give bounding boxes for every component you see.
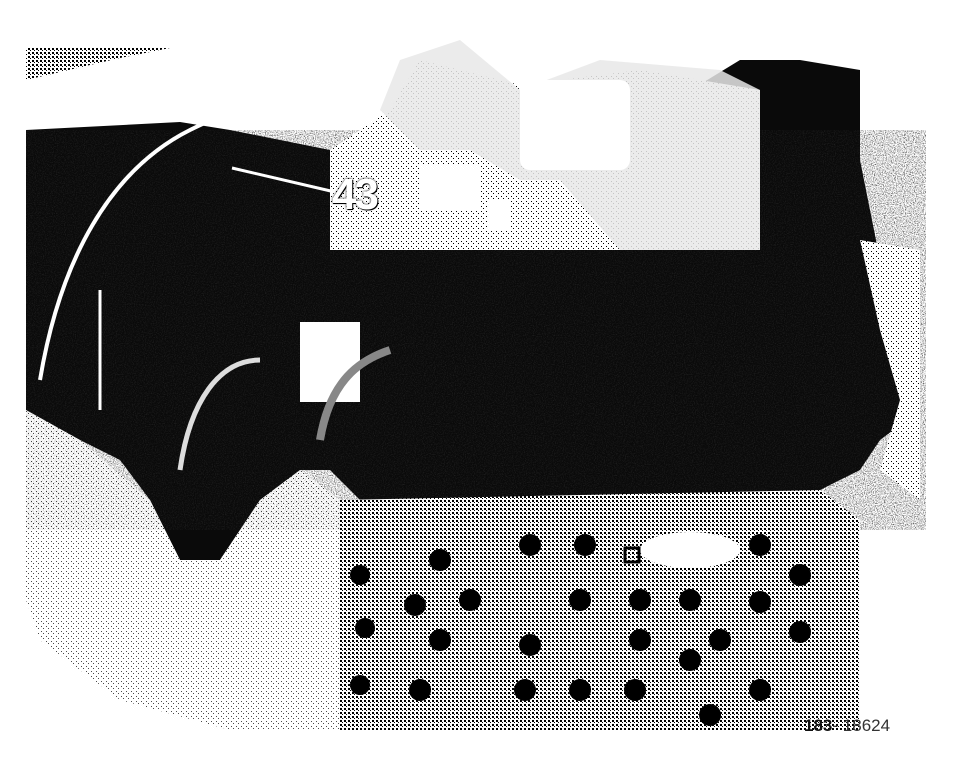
manual-photograph — [0, 0, 960, 768]
white-clip-3 — [300, 322, 360, 402]
callout-43: 43 — [332, 170, 377, 220]
white-clip-2 — [488, 200, 510, 230]
white-clip-1 — [420, 165, 480, 210]
ref-separator: - — [832, 716, 838, 735]
figure-reference-code: 183- 18624 — [804, 716, 890, 736]
ref-number: 18624 — [843, 716, 890, 735]
floor-plate — [640, 532, 740, 568]
ref-prefix: 183 — [804, 716, 832, 735]
white-block-top — [520, 80, 630, 170]
